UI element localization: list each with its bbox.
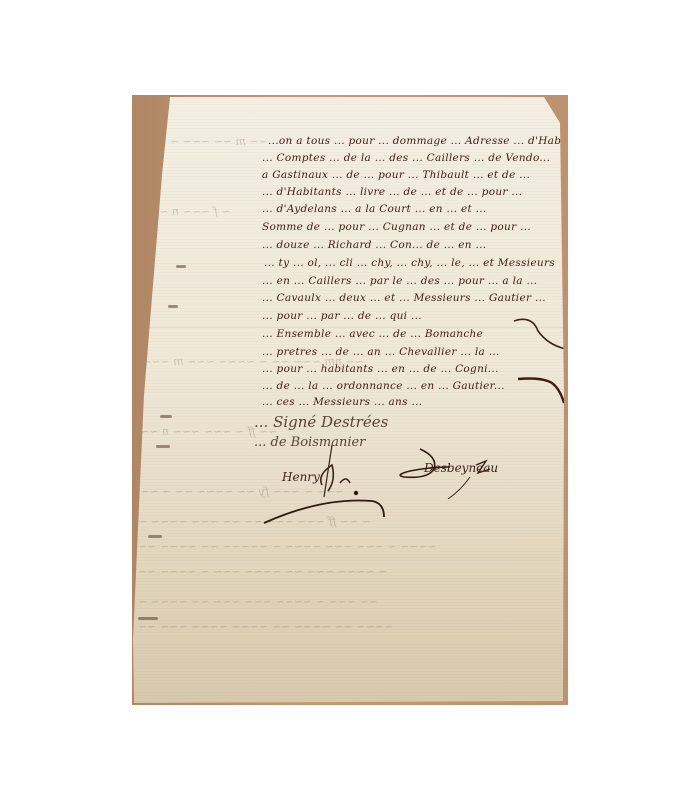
manuscript-line: ... d'Aydelans ... a la Court ... en ...… bbox=[262, 203, 487, 215]
bleed-through-text: ~ ~~~~ ~~~ ~~ ~~~~ ~~~ ~ ~~~~ ~~ bbox=[138, 565, 387, 578]
margin-ink-mark bbox=[148, 535, 162, 538]
manuscript-line: ... en ... Caillers ... par le ... des .… bbox=[262, 275, 537, 287]
bleed-through-text: ~~~~ ~ ~~~ ~~~ ~~~~ ~ ~~~~~ ~~ ~~~~ ~~ bbox=[138, 540, 437, 553]
manuscript-line: ... Comptes ... de la ... des ... Caille… bbox=[262, 152, 550, 164]
margin-ink-mark bbox=[160, 415, 172, 418]
margin-ink-mark bbox=[138, 617, 158, 620]
manuscript-page: ~~ m ~~ ~~~ ~ nn ~ f ~~~ n ~~ ~~ nm ~~~ … bbox=[132, 95, 568, 705]
manuscript-photo: ~~ m ~~ ~~~ ~ nn ~ f ~~~ n ~~ ~~ nm ~~~ … bbox=[132, 95, 568, 705]
manuscript-line: ... de ... la ... ordonnance ... en ... … bbox=[262, 380, 505, 392]
manuscript-line: ... pour ... par ... de ... qui ... bbox=[262, 310, 422, 322]
manuscript-line: ...on a tous ... pour ... dommage ... Ad… bbox=[268, 135, 587, 147]
bleed-through-text: ~~ m ~~ ~~~ ~ nn bbox=[152, 135, 268, 148]
manuscript-line: ... pour ... habitants ... en ... de ...… bbox=[262, 363, 499, 375]
bleed-through-text: ~~ ~~~ ~ ~~~~ ~~~ ~~~ ~~ ~~~~ ~ bbox=[138, 595, 378, 608]
signature-flourish-right bbox=[390, 443, 500, 503]
manuscript-line: ... Ensemble ... avec ... de ... Bomanch… bbox=[262, 328, 483, 340]
manuscript-line: Somme de ... pour ... Cugnan ... et de .… bbox=[262, 221, 531, 233]
manuscript-line: ... douze ... Richard ... Con... de ... … bbox=[262, 239, 486, 251]
manuscript-line: ... d'Habitants ... livre ... de ... et … bbox=[262, 186, 522, 198]
manuscript-line: ... Cavaulx ... deux ... et ... Messieur… bbox=[262, 292, 546, 304]
margin-ink-mark bbox=[176, 265, 186, 268]
margin-ink-mark bbox=[156, 445, 170, 448]
manuscript-line: ... ty ... ol, ... cli ... chy, ... chy,… bbox=[264, 257, 555, 269]
margin-ink-mark bbox=[168, 305, 178, 308]
attestation-line: ... Signé Destrées bbox=[254, 413, 388, 431]
text-flourish bbox=[512, 315, 568, 405]
manuscript-line: ... pretres ... de ... an ... Chevallier… bbox=[262, 346, 500, 358]
bleed-through-text: ~ f ~~~ n ~~ bbox=[150, 205, 230, 218]
bleed-through-text: ~~~~ ~~ ~~~~ ~~ ~~~~ ~~~~ ~~~ ~~ bbox=[138, 620, 393, 633]
manuscript-line: a Gastinaux ... de ... pour ... Thibault… bbox=[262, 169, 530, 181]
manuscript-line: ... ces ... Messieurs ... ans ... bbox=[262, 396, 422, 408]
